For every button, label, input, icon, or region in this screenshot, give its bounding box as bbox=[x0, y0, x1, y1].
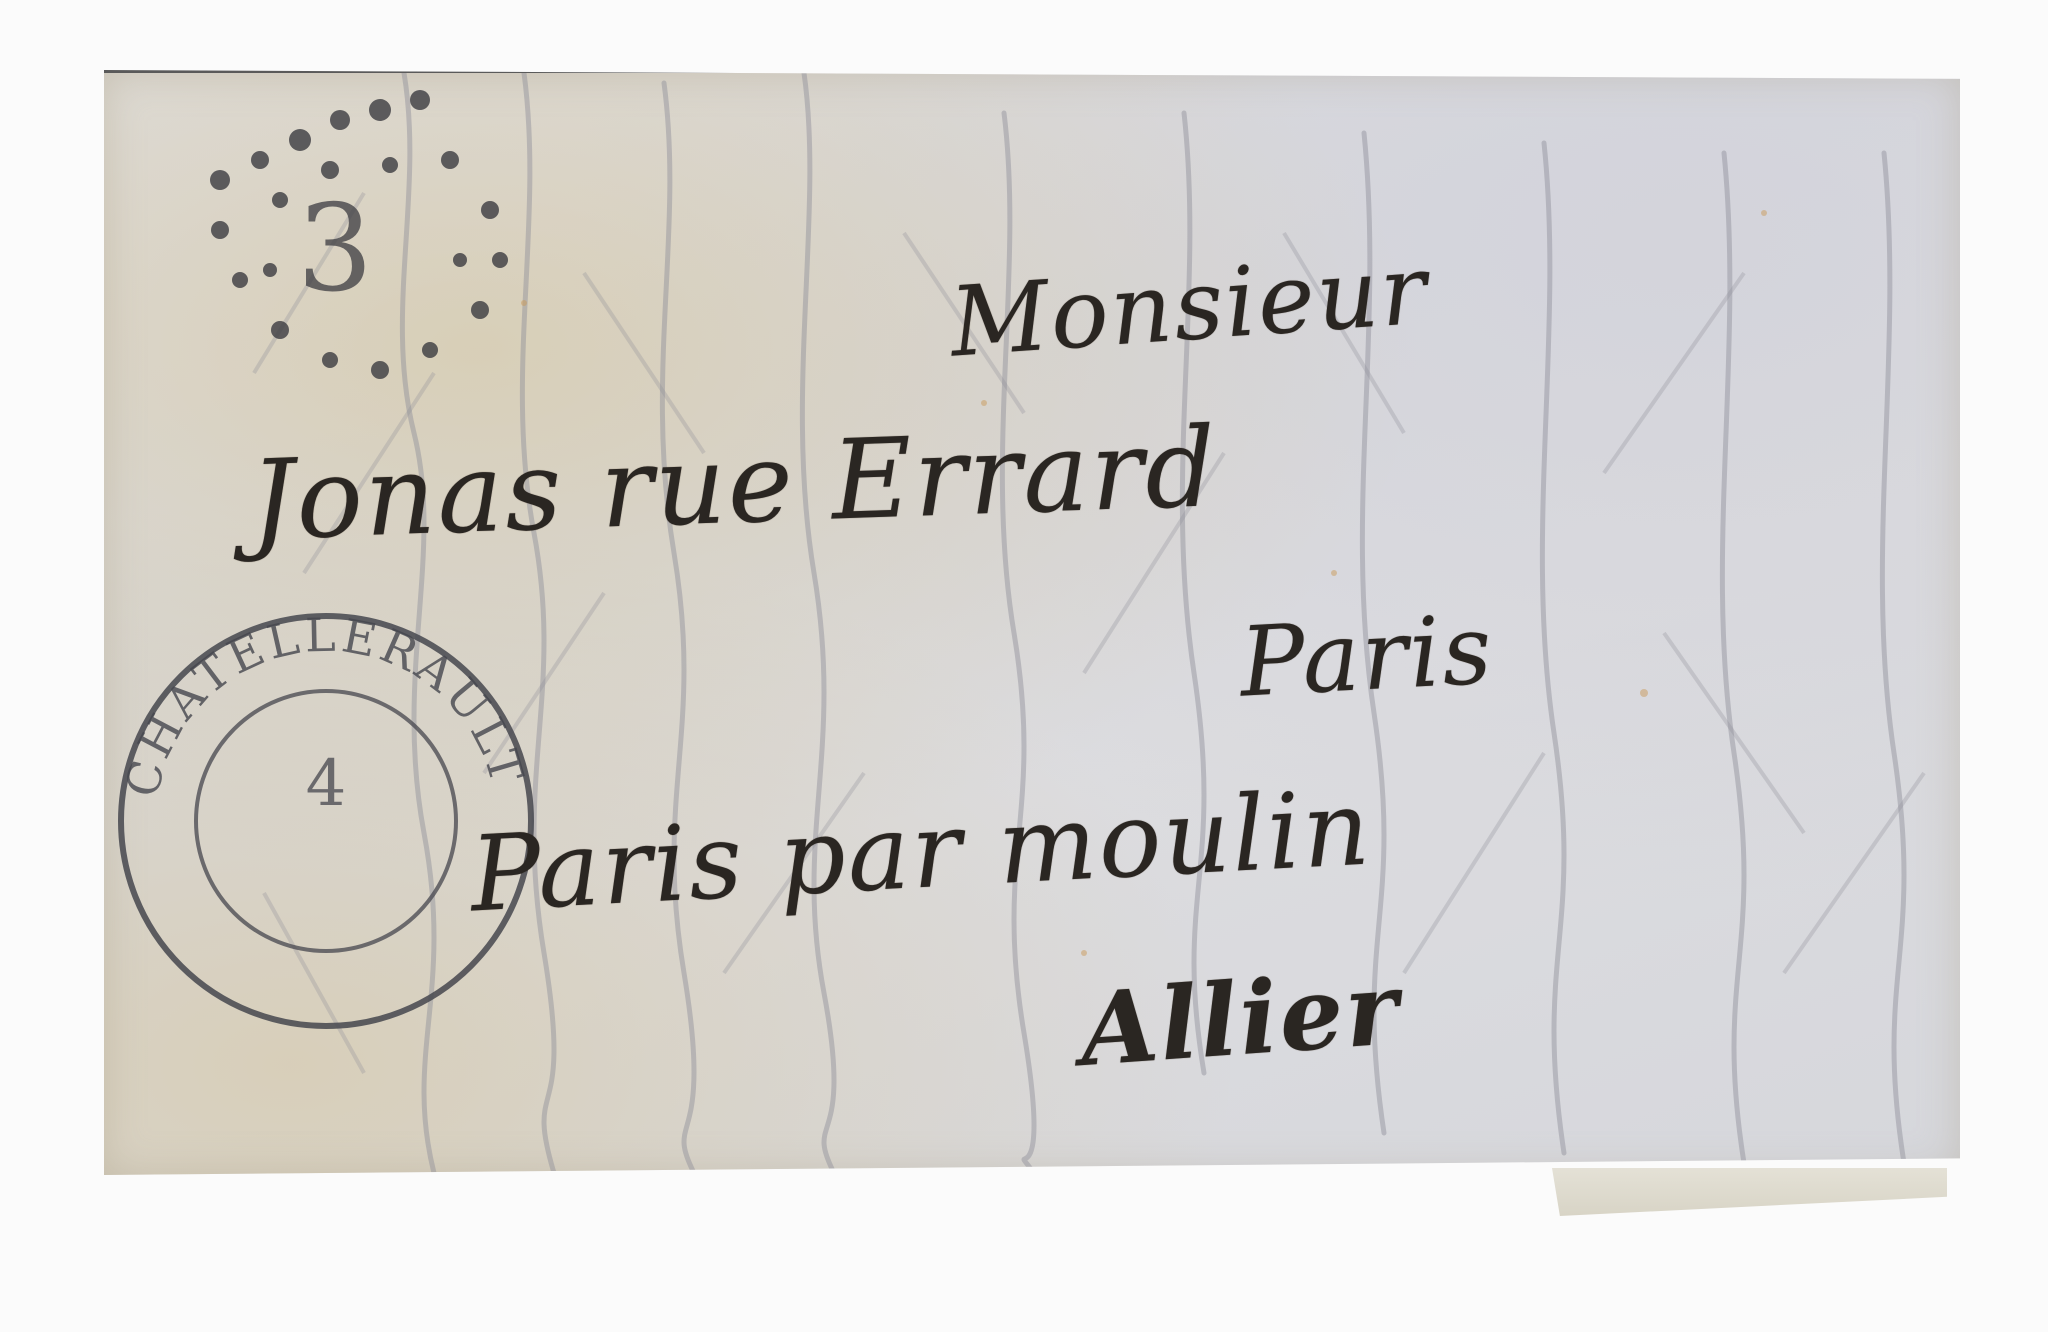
datestamp-center-text: 4 bbox=[306, 747, 347, 821]
address-department: Allier bbox=[1076, 949, 1403, 1089]
cancel-numeral: 3 bbox=[297, 180, 373, 319]
losange-cancel: 3 bbox=[160, 70, 540, 410]
envelope-flap bbox=[1552, 1168, 1947, 1216]
address-city: Paris bbox=[1237, 593, 1496, 718]
